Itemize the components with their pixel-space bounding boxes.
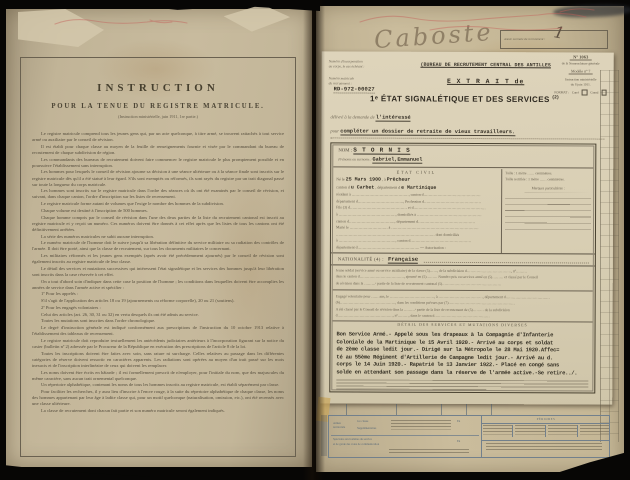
service-line: solde en attendant son passage dans la r… [336,368,590,377]
register-margin-cells [600,70,619,442]
services-record: Bon Service Armé.- Appelé sous les drape… [336,330,590,376]
en-label-2: En [457,440,460,444]
column-tick [441,404,442,415]
delivre-value: l'intéressé [376,115,411,122]
canton-label: canton d [336,184,350,189]
prenoms-value: Gabriel,Emmanuel [372,157,422,164]
marques-label: Marques particulières : [505,186,591,190]
instruction-title: INSTRUCTION [32,82,284,94]
left-page-frame: INSTRUCTION POUR LA TENUE DU REGISTRE MA… [20,57,296,457]
birth-date-value: 25 Mars 1900 [346,177,381,182]
ref-nomenclature: de la Nomenclature générale [551,61,611,65]
nom-label: NOM : [338,148,352,153]
blank-dotted-lines [505,192,591,234]
form-header-center: (BUREAU DE RECRUTEMENT CENTRAL DES ANTIL… [419,63,553,86]
prenoms-row: Prénoms ou surnoms : Gabriel,Emmanuel [338,156,422,162]
nom-value: S T O R N I S [353,147,410,155]
nom-row: NOM : S T O R N I S [338,146,410,153]
instruction-paragraph: Chaque homme compris par le conseil de r… [32,215,284,233]
left-page: INSTRUCTION POUR LA TENUE DU REGISTRE MA… [6,9,312,467]
page-gutter [303,0,325,480]
periodes-col [483,425,513,437]
instruction-paragraph: 2º Pour les engagés volontaires : [32,305,284,311]
ne-a-label: , à [382,177,386,182]
prenoms-label: Prénoms ou surnoms : [338,157,371,161]
etat-title-text: 1ᵉ ÉTAT SIGNALÉTIQUE ET DES SERVICES [370,94,550,104]
instruction-subtitle: POUR LA TENUE DU REGISTRE MATRICULE. [32,103,284,110]
column-tick [491,404,492,415]
periodes-note [486,443,602,451]
instruction-paragraph: Chaque volume est destiné à l'inscriptio… [32,208,284,214]
instruction-paragraph: Les noms doivent être écrits en bâtarde … [32,370,284,382]
instruction-paragraph: Les hommes pour lesquels le conseil de r… [32,169,284,187]
rule [333,166,593,168]
incorporation-label2: au corps, le cas échéant : [329,65,421,71]
format-carre-checkbox [582,90,587,95]
cell-divider [609,70,610,442]
corner-box-label: Année normale du recrutement : [501,37,556,41]
ref-number: Nº 1063 [570,54,591,60]
instruction-paragraph: La série des numéros matricules ne subit… [32,234,284,240]
instruction-paragraph: Il est établi pour chaque classe au moye… [32,144,284,156]
format-carre-label: Carré [572,90,579,94]
instruction-paragraph: Le registre matricule forme autant de vo… [32,201,284,207]
torn-paper-piece [18,9,104,47]
dotted-rule [330,137,604,139]
birth-place-value: Prêcheur [387,178,411,183]
footnotes-block [336,379,588,390]
classe-label: 1re classe [357,420,368,424]
extrait-form-sheet: Numéro d'incorporation au corps, le cas … [320,51,614,404]
instruction-paragraph: Le registre matricule comprend tous les … [32,131,284,143]
instruction-paragraph: Un répertoire alphabétique, contenant le… [32,382,284,388]
dept-value: e Martinique [401,185,436,190]
delivre-row: délivré à la demande de l'intéressé [330,114,410,120]
delivre-label: délivré à la demande de [330,114,374,119]
periodes-col [515,425,545,437]
civil-blank-line: département d…………………………………………. — Autoris… [336,244,496,251]
column-tick [346,404,347,415]
rule [331,435,479,436]
pour-value: compléter un dossier de retraite de vieu… [340,128,515,136]
civil-blank-lines: résidant à ………………………………………, canton d…………… [336,192,496,252]
dept-label: , département d [375,184,400,189]
format-grand-label: Grand [590,90,598,94]
jeune-soldat-line: de révision dans la ………ᵉ partie de la li… [336,280,592,287]
etat-civil-column: ÉTAT CIVIL Né le 25 Mars 1900 , à Prêche… [336,169,496,251]
dotted-rule [424,256,589,264]
right-page: Caboste Année normale du recrutement : 1… [316,6,624,472]
instruction-note: (Instruction ministérielle, juin 1911, 1… [32,114,284,119]
column-tick [466,404,467,415]
extrait-line: E X T R A I T de [419,78,553,86]
nationalite-row: NATIONALITÉ (4) : Française [331,252,595,266]
instruction-paragraph: Les commandants des bureaux de recruteme… [32,157,284,169]
canton-value: u Carbet [351,185,375,190]
instruction-paragraph: Celui des articles (art. 26, 30, 31 ou 3… [32,312,284,318]
ne-label: Né le [336,176,345,181]
en-label: En [457,420,460,424]
etat-signaletique-title: 1ᵉ ÉTAT SIGNALÉTIQUE ET DES SERVICES (2) [346,93,584,104]
scanned-register-spread: INSTRUCTION POUR LA TENUE DU REGISTRE MA… [0,0,630,480]
instruction-paragraph: On a tout d'abord soin d'indiquer dans c… [32,279,284,291]
armee-label-2: territoriale [333,426,345,430]
engagement-paragraph: Engagé volontaire pour …… ans, le ………………… [336,293,592,319]
instruction-paragraph: La classe de recrutement dont chacun fai… [32,408,284,414]
instruction-paragraph: Pour faciliter les recherches, il y aura… [32,389,284,407]
periodes-title: PÉRIODES [482,417,610,421]
column-divider [501,169,502,253]
services-title: DÉTAIL DES SERVICES ET MUTATIONS DIVERSE… [331,322,595,327]
instruction-paragraph: Le détail des services et mutations succ… [32,266,284,278]
engagement-line: d………………………………………, nº………, dans le canton … [336,312,592,319]
instruction-paragraph: Les militaires réformés et les jeunes ge… [32,253,284,265]
modele-label: Modèle nº 7 [569,68,592,74]
instruction-paragraph: 1º Pour les appelés : [32,291,284,297]
periodes-subtable: PÉRIODES [481,416,610,457]
instruction-paragraph: Le registre matricule doit reproduire te… [32,338,284,350]
instruction-paragraph: Le degré d'instruction générale est indi… [32,325,284,337]
etat-title-ref: (2) [552,94,559,99]
supplementaires-label: Supplémentaires [357,427,376,431]
column-tick [396,404,397,415]
identity-box: NOM : S T O R N I S Prénoms ou surnoms :… [329,142,596,393]
pour-label: pour [330,128,339,133]
periodes-col [548,425,578,437]
instruction-paragraph: Toutes les inscriptions doivent être fai… [32,351,284,369]
register-bottom-table: Armée territoriale 1re classe Supplément… [328,404,610,462]
footnote-line [336,389,486,392]
pour-row: pour compléter un dossier de retraite de… [330,128,515,135]
handwritten-name: Caboste [373,18,494,54]
bureau-line: (BUREAU DE RECRUTEMENT CENTRAL DES ANTIL… [419,63,553,69]
etat-civil-title: ÉTAT CIVIL [336,169,496,175]
nationalite-value: Française [388,255,418,263]
instruction-paragraph: Toutes les mutations sont inscrites dans… [32,318,284,324]
instruction-paragraph: Le numéro matricule de l'homme doit le s… [32,240,284,252]
nationalite-label: NATIONALITÉ (4) : [338,256,384,261]
table-body: Armée territoriale 1re classe Supplément… [328,415,610,458]
speciales-label-2: et de garde des voies de communication [333,443,379,447]
pseudo-text [389,449,469,454]
taille-column: Taille : 1 mètre …… centimètres. Taille … [505,171,591,234]
periodes-col [580,425,609,437]
taille-rectifiee-line: Taille rectifiée : 1 mètre …… centimètre… [505,177,591,183]
jeune-soldat-paragraph: Jeune soldat (service armé ou service au… [336,267,592,287]
instruction-paragraph: Les hommes sont inscrits sur le registre… [32,188,284,200]
instruction-paragraph: S'il s'agit de l'application des article… [32,298,284,304]
format-label: FORMAT : [554,90,569,94]
periodes-columns [482,423,610,441]
instruction-body: Le registre matricule comprend tous les … [32,131,284,414]
pseudo-text [391,420,451,430]
form-header-left: Numéro d'incorporation au corps, le cas … [329,59,421,87]
rule [333,289,593,291]
